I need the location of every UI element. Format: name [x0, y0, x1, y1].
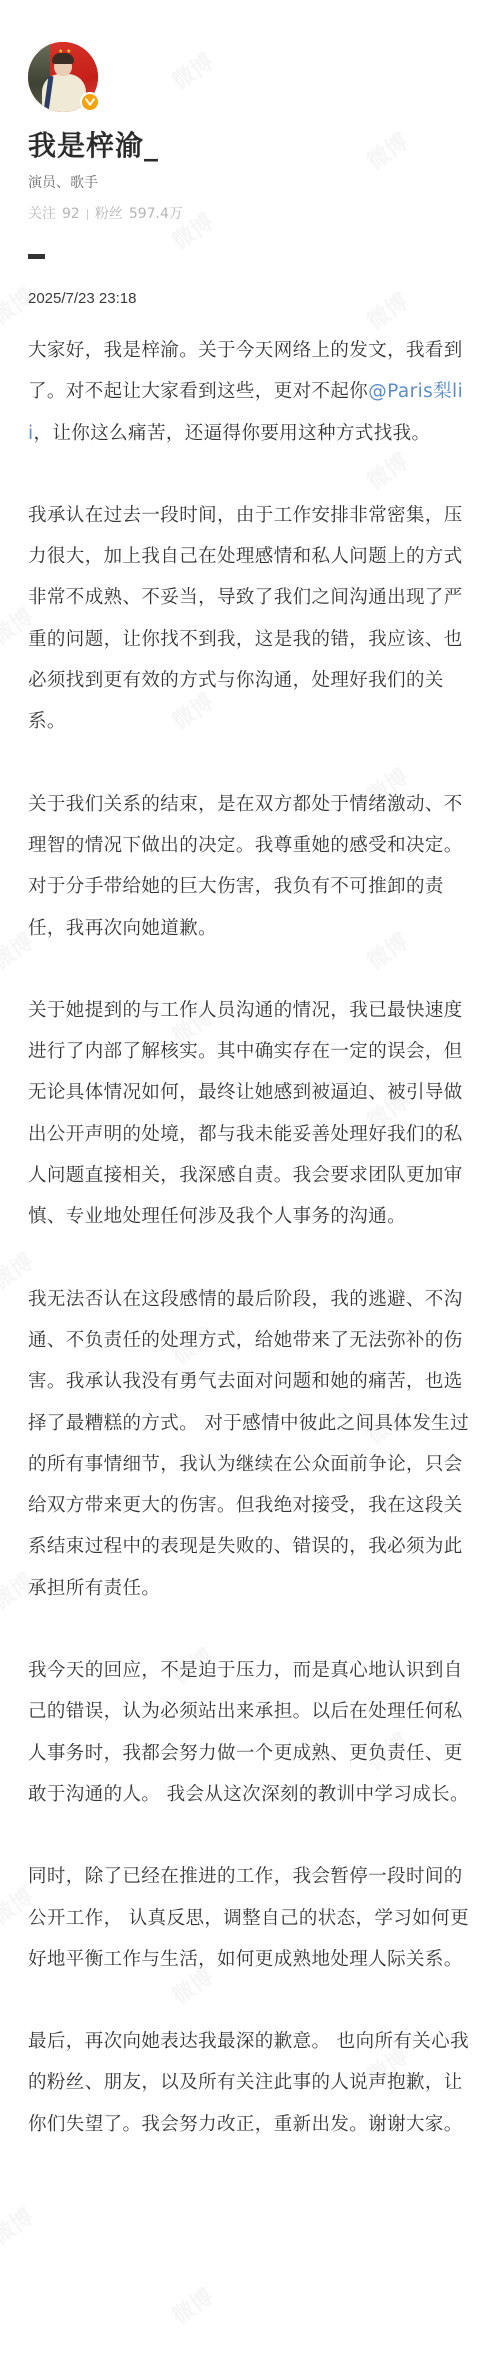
post-paragraph: 关于我们关系的结束，是在双方都处于情绪激动、不理智的情况下做出的决定。我尊重她的…	[28, 784, 470, 949]
watermark: 微博	[360, 285, 414, 336]
verified-v-icon	[80, 92, 100, 112]
post-body: 大家好，我是梓渝。关于今天网络上的发文，我看到了。对不起让大家看到这些，更对不起…	[28, 330, 470, 2145]
followers-label[interactable]: 粉丝	[95, 204, 123, 224]
post-paragraph: 我无法否认在这段感情的最后阶段，我的逃避、不沟通、不负责任的处理方式，给她带来了…	[28, 1279, 470, 1609]
post-paragraph: 关于她提到的与工作人员沟通的情况，我已最快速度进行了内部了解核实。其中确实存在一…	[28, 990, 470, 1238]
post-paragraph: 大家好，我是梓渝。关于今天网络上的发文，我看到了。对不起让大家看到这些，更对不起…	[28, 330, 470, 454]
profile-description: 演员、歌手	[28, 173, 98, 193]
paragraph-text: ，让你这么痛苦，还逼得你要用这种方式找我。	[34, 423, 431, 444]
profile-stats: 关注 92 粉丝 597.4万	[28, 204, 183, 224]
section-divider-mark	[28, 254, 45, 259]
following-label[interactable]: 关注	[28, 204, 56, 224]
post-paragraph: 最后，再次向她表达我最深的歉意。 也向所有关心我的粉丝、朋友，以及所有关注此事的…	[28, 2021, 470, 2145]
watermark: 微博	[0, 2200, 39, 2251]
watermark: 微博	[165, 2280, 219, 2331]
post-paragraph: 同时，除了已经在推进的工作，我会暂停一段时间的公开工作， 认真反思，调整自己的状…	[28, 1856, 470, 1980]
stats-divider	[87, 209, 88, 220]
person-hair	[52, 53, 74, 64]
profile-name[interactable]: 我是梓渝_	[28, 126, 159, 166]
watermark: 微博	[165, 45, 219, 96]
post-timestamp: 2025/7/23 23:18	[28, 288, 136, 310]
followers-count[interactable]: 597.4万	[129, 204, 183, 224]
weibo-post-screenshot: 微博 微博 微博 微博 微博 微博 微博 微博 微博 微博 微博 微博 微博 微…	[0, 0, 500, 2355]
post-paragraph: 我今天的回应，不是迫于压力，而是真心地认识到自己的错误，认为必须站出来承担。以后…	[28, 1650, 470, 1815]
following-count[interactable]: 92	[62, 204, 80, 224]
post-paragraph: 我承认在过去一段时间，由于工作安排非常密集，压力很大，加上我自己在处理感情和私人…	[28, 495, 470, 743]
avatar[interactable]: ★ ★	[28, 42, 98, 112]
watermark: 微博	[360, 125, 414, 176]
